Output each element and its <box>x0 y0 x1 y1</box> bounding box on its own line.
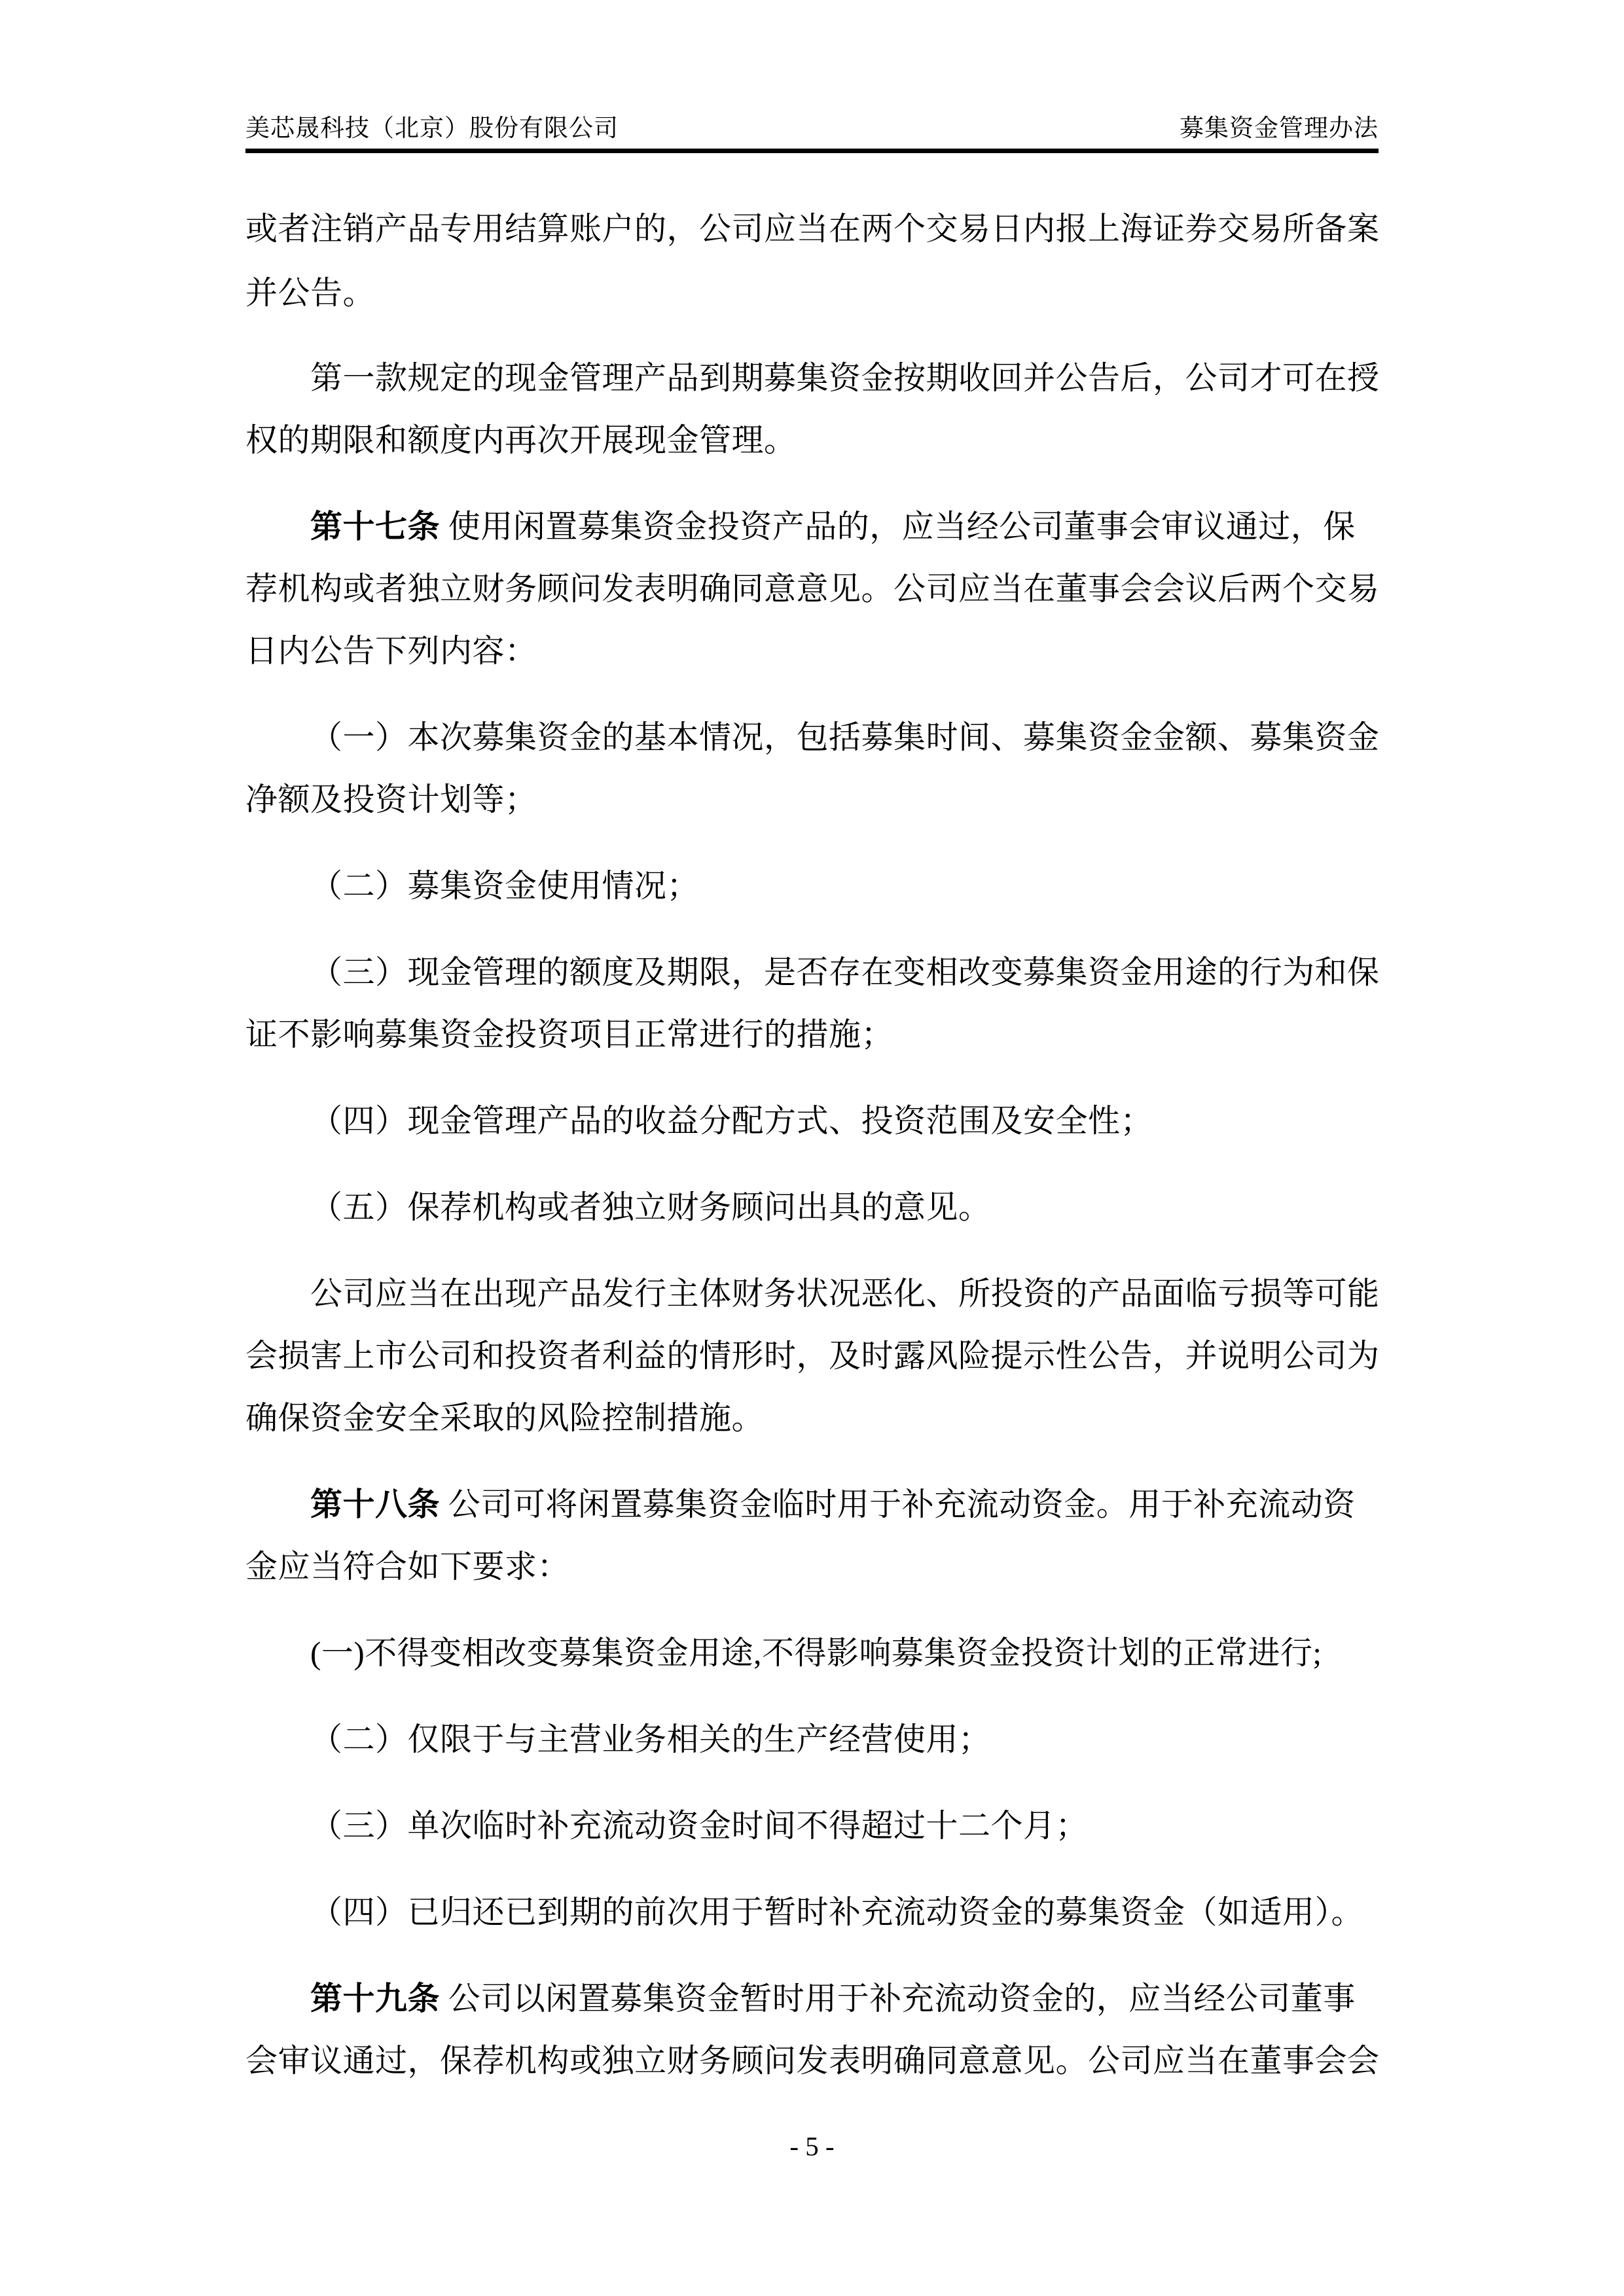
text-line: （四）现金管理产品的收益分配方式、投资范围及安全性； <box>245 1103 1443 1139</box>
text-line: （四）已归还已到期的前次用于暂时补充流动资金的募集资金（如适用）。 <box>245 1894 1443 1931</box>
text-line: 会审议通过，保荐机构或独立财务顾问发表明确同意意见。公司应当在董事会会 <box>245 2043 1379 2079</box>
text-line: 金应当符合如下要求： <box>245 1549 1379 1585</box>
text-line: 并公告。 <box>245 275 1379 312</box>
article-number: 第十七条 <box>310 509 440 545</box>
text-line: （三）现金管理的额度及期限，是否存在变相改变募集资金用途的行为和保 <box>245 954 1443 991</box>
text-line: 日内公告下列内容： <box>245 633 1379 670</box>
article-number: 第十八条 <box>310 1486 440 1522</box>
text-line: 第十九条 公司以闲置募集资金暂时用于补充流动资金的，应当经公司董事 <box>245 1981 1443 2017</box>
text-line: （五）保荐机构或者独立财务顾问出具的意见。 <box>245 1189 1443 1226</box>
text-line: （二）仅限于与主营业务相关的生产经营使用； <box>245 1721 1443 1758</box>
text-line: 会损害上市公司和投资者利益的情形时，及时露风险提示性公告，并说明公司为 <box>245 1338 1379 1374</box>
article-number: 第十九条 <box>310 1981 440 2017</box>
header-rule <box>245 149 1379 153</box>
text-line: 公司应当在出现产品发行主体财务状况恶化、所投资的产品面临亏损等可能 <box>245 1276 1443 1312</box>
document-page: 美芯晟科技（北京）股份有限公司 募集资金管理办法 或者注销产品专用结算账户的，公… <box>0 0 1624 2296</box>
text-line: 确保资金安全采取的风险控制措施。 <box>245 1400 1379 1437</box>
text-line: 荐机构或者独立财务顾问发表明确同意意见。公司应当在董事会会议后两个交易 <box>245 571 1379 607</box>
text-line: 第一款规定的现金管理产品到期募集资金按期收回并公告后，公司才可在授 <box>245 360 1443 397</box>
page-footer: - 5 - <box>0 2131 1624 2161</box>
text-line: 净额及投资计划等； <box>245 781 1379 818</box>
text-line: (一)不得变相改变募集资金用途,不得影响募集资金投资计划的正常进行; <box>245 1635 1443 1672</box>
header-doc-title: 募集资金管理办法 <box>1180 115 1379 143</box>
header-company: 美芯晟科技（北京）股份有限公司 <box>245 115 619 143</box>
text-line: 第十八条 公司可将闲置募集资金临时用于补充流动资金。用于补充流动资 <box>245 1486 1443 1523</box>
page-number: - 5 - <box>789 2131 834 2161</box>
text-line: 证不影响募集资金投资项目正常进行的措施； <box>245 1016 1379 1053</box>
text-line: 或者注销产品专用结算账户的，公司应当在两个交易日内报上海证券交易所备案 <box>245 211 1379 247</box>
text-line: （二）募集资金使用情况； <box>245 868 1443 905</box>
text-line: 权的期限和额度内再次开展现金管理。 <box>245 422 1379 459</box>
text-line: 第十七条 使用闲置募集资金投资产品的，应当经公司董事会审议通过，保 <box>245 509 1443 545</box>
text-line: （一）本次募集资金的基本情况，包括募集时间、募集资金金额、募集资金 <box>245 719 1443 756</box>
page-header: 美芯晟科技（北京）股份有限公司 募集资金管理办法 <box>245 115 1379 143</box>
text-line: （三）单次临时补充流动资金时间不得超过十二个月； <box>245 1808 1443 1844</box>
